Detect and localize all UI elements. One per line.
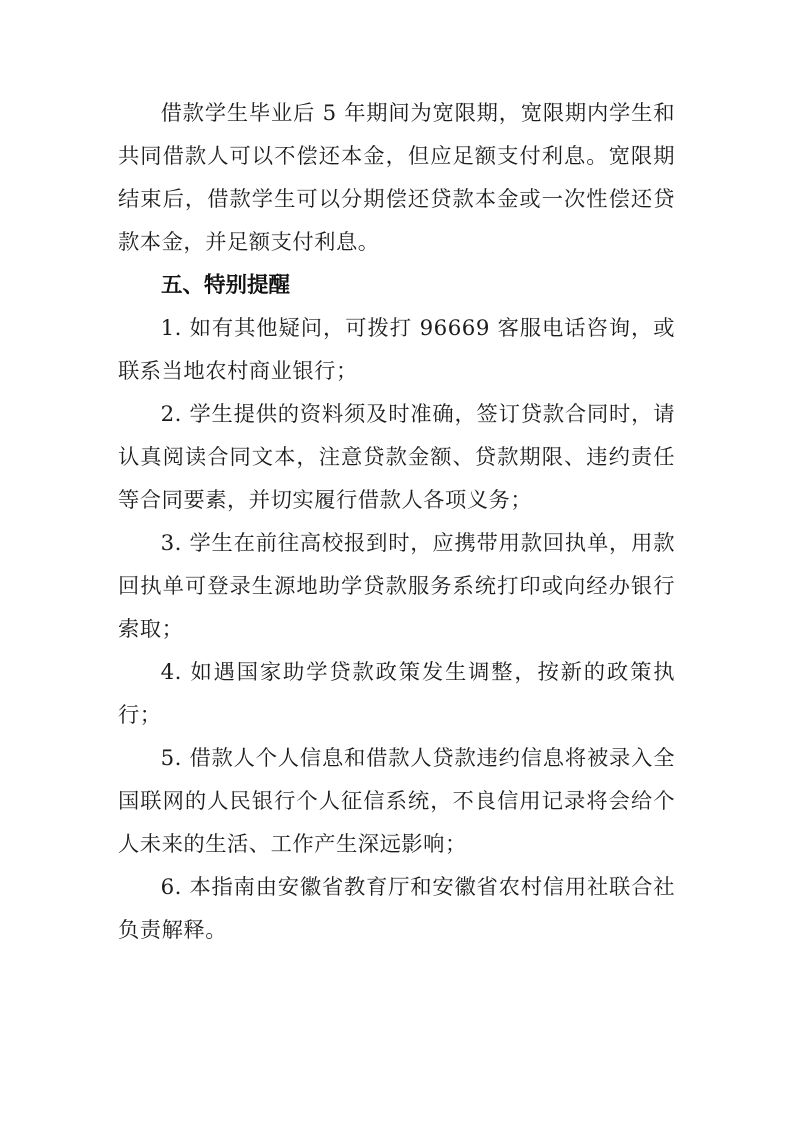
list-item-3-receipt: 3. 学生在前往高校报到时，应携带用款回执单，用款回执单可登录生源地助学贷款服务… (118, 522, 675, 651)
list-item-2-contract: 2. 学生提供的资料须及时准确，签订贷款合同时，请认真阅读合同文本，注意贷款金额… (118, 393, 675, 522)
list-item-6-interpretation: 6. 本指南由安徽省教育厅和安徽省农村信用社联合社负责解释。 (118, 866, 675, 952)
document-page: 借款学生毕业后 5 年期间为宽限期，宽限期内学生和共同借款人可以不偿还本金，但应… (0, 0, 793, 1122)
list-item-1-hotline: 1. 如有其他疑问，可拨打 96669 客服电话咨询，或联系当地农村商业银行； (118, 307, 675, 393)
paragraph-grace-period: 借款学生毕业后 5 年期间为宽限期，宽限期内学生和共同借款人可以不偿还本金，但应… (118, 92, 675, 264)
list-item-5-credit-record: 5. 借款人个人信息和借款人贷款违约信息将被录入全国联网的人民银行个人征信系统，… (118, 737, 675, 866)
section-heading-special-reminders: 五、特别提醒 (118, 264, 675, 307)
list-item-4-policy: 4. 如遇国家助学贷款政策发生调整，按新的政策执行； (118, 651, 675, 737)
